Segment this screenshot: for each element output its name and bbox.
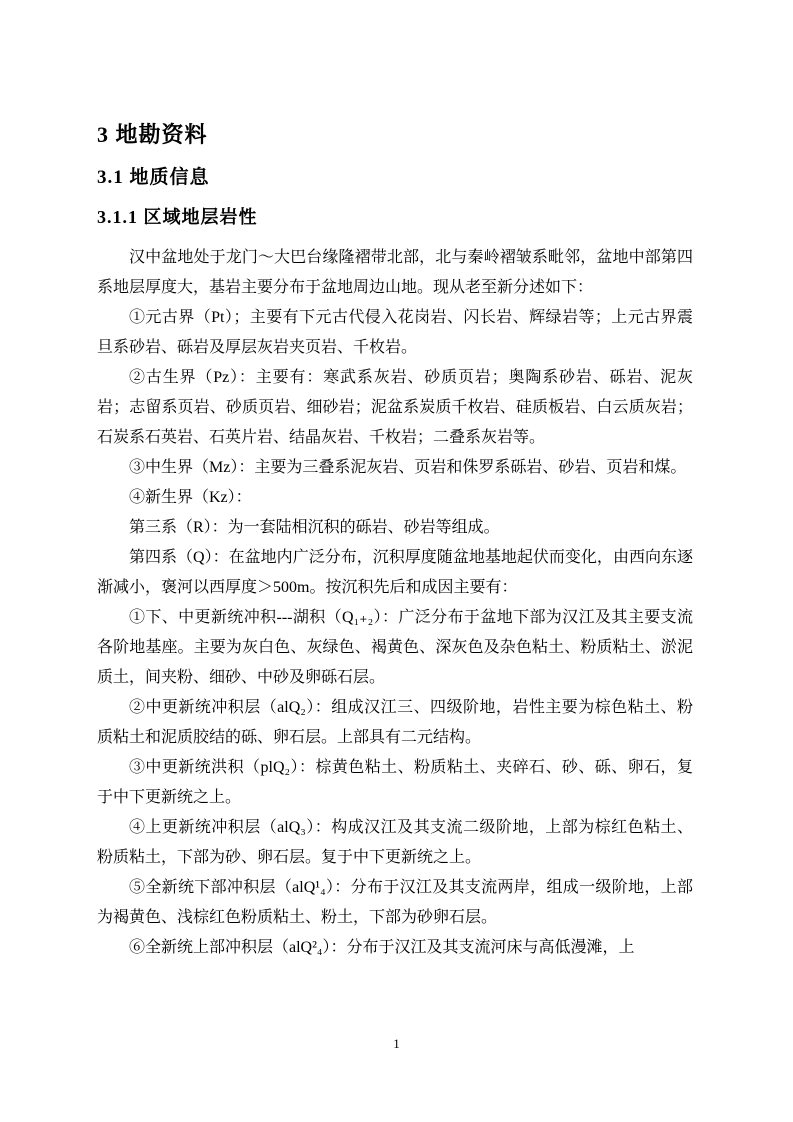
paragraph-list: 汉中盆地处于龙门～大巴台缘隆褶带北部，北与秦岭褶皱系毗邻，盆地中部第四系地层厚度… bbox=[97, 243, 693, 963]
paragraph-alq2: ②中更新统冲积层（alQ₂）：组成汉江三、四级阶地，岩性主要为棕色粘土、粉质粘土… bbox=[97, 693, 693, 753]
paragraph-alq4-upper: ⑥全新统上部冲积层（alQ²₄）：分布于汉江及其支流河床与高低漫滩，上 bbox=[97, 933, 693, 963]
document-page: 3 地勘资料 3.1 地质信息 3.1.1 区域地层岩性 汉中盆地处于龙门～大巴… bbox=[0, 0, 793, 1122]
paragraph-quaternary: 第四系（Q）：在盆地内广泛分布，沉积厚度随盆地基地起伏而变化，由西向东逐渐减小，… bbox=[97, 543, 693, 603]
paragraph-tertiary: 第三系（R）：为一套陆相沉积的砾岩、砂岩等组成。 bbox=[97, 513, 693, 543]
paragraph-intro: 汉中盆地处于龙门～大巴台缘隆褶带北部，北与秦岭褶皱系毗邻，盆地中部第四系地层厚度… bbox=[97, 243, 693, 303]
paragraph-cenozoic: ④新生界（Kz）： bbox=[97, 483, 693, 513]
paragraph-plq2: ③中更新统洪积（plQ₂）：棕黄色粘土、粉质粘土、夹碎石、砂、砾、卵石，复于中下… bbox=[97, 753, 693, 813]
paragraph-alq3: ④上更新统冲积层（alQ₃）：构成汉江及其支流二级阶地，上部为棕红色粘土、粉质粘… bbox=[97, 813, 693, 873]
document-content: 3 地勘资料 3.1 地质信息 3.1.1 区域地层岩性 汉中盆地处于龙门～大巴… bbox=[97, 121, 693, 963]
page-number: 1 bbox=[0, 1036, 793, 1052]
subsection-heading: 3.1.1 区域地层岩性 bbox=[97, 206, 693, 229]
paragraph-mesozoic: ③中生界（Mz）：主要为三叠系泥灰岩、页岩和侏罗系砾岩、砂岩、页岩和煤。 bbox=[97, 453, 693, 483]
paragraph-alq4-lower: ⑤全新统下部冲积层（alQ¹₄）：分布于汉江及其支流两岸，组成一级阶地，上部为褐… bbox=[97, 873, 693, 933]
paragraph-q1-2: ①下、中更新统冲积---湖积（Q₁₊₂）：广泛分布于盆地下部为汉江及其主要支流各… bbox=[97, 603, 693, 693]
section-heading: 3.1 地质信息 bbox=[97, 166, 693, 190]
chapter-heading: 3 地勘资料 bbox=[97, 121, 693, 149]
paragraph-proterozoic: ①元古界（Pt）；主要有下元古代侵入花岗岩、闪长岩、辉绿岩等；上元古界震旦系砂岩… bbox=[97, 303, 693, 363]
paragraph-paleozoic: ②古生界（Pz）：主要有：寒武系灰岩、砂质页岩；奥陶系砂岩、砾岩、泥灰岩；志留系… bbox=[97, 363, 693, 453]
